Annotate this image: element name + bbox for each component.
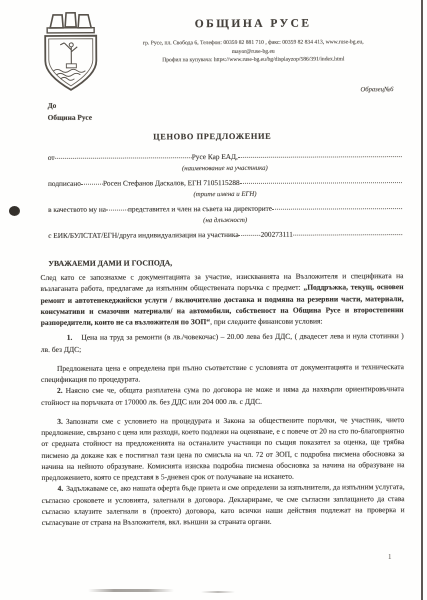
document-body: УВАЖАЕМИ ДАМИ И ГОСПОДА, След като се за… <box>40 256 404 529</box>
document-content: ОБЩИНА РУСЕ гр. Русе, пл. Свобода 6, Тел… <box>0 0 426 529</box>
page-number: 1 <box>388 553 392 561</box>
ruse-coat-of-arms-icon <box>33 12 107 92</box>
scanned-page: ОБЩИНА РУСЕ гр. Русе, пл. Свобода 6, Тел… <box>0 0 427 600</box>
item-4: 4.Задължаваме се, ако нашата оферта бъде… <box>42 482 405 529</box>
item-3-text: Запознати сме с условието на процедурата… <box>41 415 404 482</box>
from-prefix: от <box>48 153 55 162</box>
dotted-leader <box>55 157 192 159</box>
participant-name: Русе Кар ЕАД, <box>192 152 238 161</box>
scan-smudge <box>201 591 235 593</box>
item-1-text: Цена на труд за ремонти (в лв./човекочас… <box>41 332 404 354</box>
participant-details: от Русе Кар ЕАД, (наименование на участн… <box>48 151 402 244</box>
item-4-number: 4. <box>58 484 64 493</box>
dotted-leader <box>293 234 402 236</box>
price-note: Предложената цена е определена при пълно… <box>41 361 404 385</box>
dotted-leader <box>240 182 402 184</box>
dotted-leader <box>106 209 128 210</box>
dotted-leader <box>272 208 402 210</box>
intro-tail: , при следните финансови условия: <box>210 317 322 327</box>
dotted-leader <box>81 183 103 184</box>
item-3: 3.Запознати сме с условието на процедура… <box>41 414 404 483</box>
scan-edge-line <box>421 0 423 600</box>
buyer-profile-link: Профил на купувача: https://www.ruse-bg.… <box>107 55 399 65</box>
price-item-1: 1.Цена на труд за ремонти (в лв./човекоч… <box>41 331 404 355</box>
signed-prefix: подписано <box>48 178 81 187</box>
org-name: ОБЩИНА РУСЕ <box>107 17 399 31</box>
dotted-leader <box>239 235 261 236</box>
item-4-text: Задължаваме се, ако нашата оферта бъде п… <box>42 483 405 528</box>
capacity-prefix: в качеството му на <box>48 204 106 213</box>
document-title: ЦЕНОВО ПРЕДЛОЖЕНИЕ <box>1 131 424 142</box>
addressee-name: Община Русе <box>48 110 424 124</box>
id-number-line: с ЕИК/БУЛСТАТ/ЕГН/друга индивидуализация… <box>48 229 402 244</box>
item-2-number: 2. <box>57 386 63 395</box>
intro-paragraph: След като се запознахме с документацията… <box>40 270 403 328</box>
dotted-leader <box>238 156 402 158</box>
item-3-number: 3. <box>57 417 63 426</box>
capacity-value: представител и член на съвета на директо… <box>128 203 272 213</box>
signed-name: Росен Стефанов Даскалов, ЕГН 7105115288 <box>103 178 240 188</box>
org-address-line1: гр. Русе, пл. Свобода 6, Телефон: 00359 … <box>107 38 399 48</box>
id-prefix: с ЕИК/БУЛСТАТ/ЕГН/друга индивидуализация… <box>48 230 238 240</box>
salutation: УВАЖАЕМИ ДАМИ И ГОСПОДА, <box>48 256 403 269</box>
hole-punch-mark <box>9 206 20 216</box>
scan-smudge <box>88 589 174 592</box>
item-1-number: 1. <box>67 333 73 342</box>
letterhead: ОБЩИНА РУСЕ гр. Русе, пл. Свобода 6, Тел… <box>0 0 423 80</box>
item-2-text: Наясно сме че, общата разплатена сума по… <box>41 385 404 407</box>
item-2: 2.Наясно сме че, общата разплатена сума … <box>41 384 404 408</box>
id-value: 200273111 <box>261 229 293 238</box>
addressee-block: До Община Русе <box>48 98 424 124</box>
org-address: гр. Русе, пл. Свобода 6, Телефон: 00359 … <box>107 38 399 65</box>
